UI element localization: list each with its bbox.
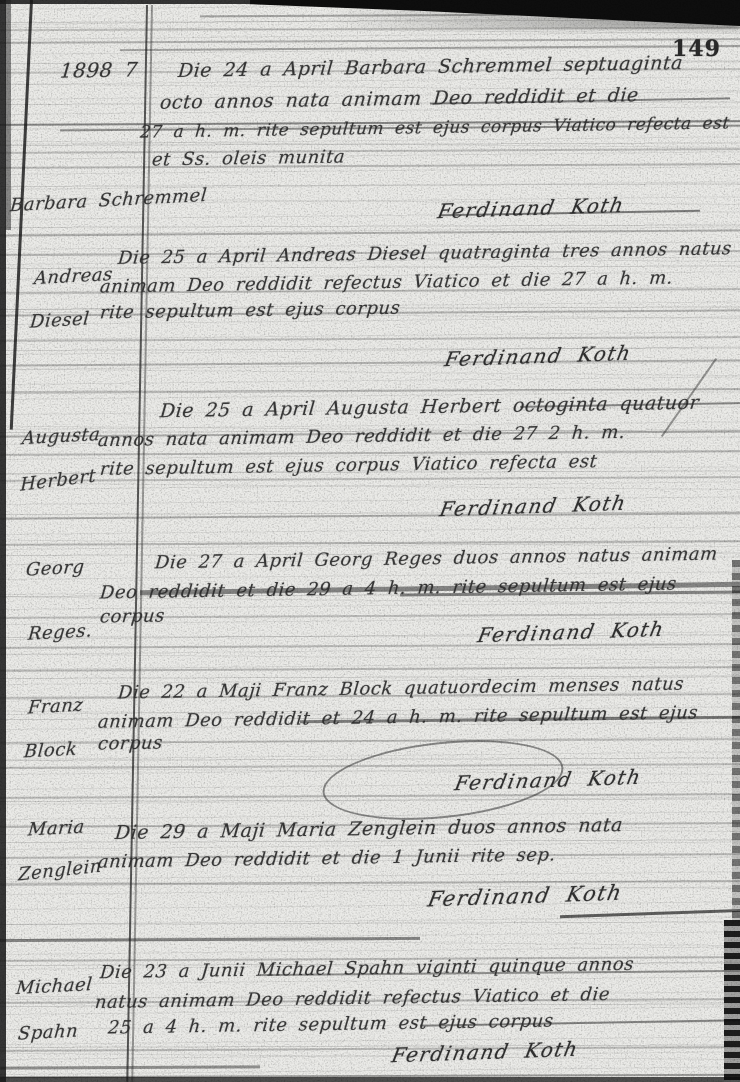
scan-line — [120, 45, 740, 51]
scan-line — [0, 229, 740, 236]
scan-line — [0, 937, 420, 942]
scan-line — [0, 666, 740, 671]
entry-7-signature: Ferdinand Koth — [390, 1037, 581, 1068]
entry-1-line-1: Die 24 a April Barbara Schremmel septuag… — [177, 52, 684, 82]
entry-5-margin-surname: Block — [23, 739, 78, 763]
scanned-register-page: 149 1898 7 Die 24 a April Barbara Schrem… — [0, 0, 740, 1082]
entry-5-line-2: animam Deo reddidit et 24 a h. m. rite s… — [97, 702, 699, 732]
entry-5-line-1: Die 22 a Maji Franz Block quatuordecim m… — [117, 674, 685, 704]
scan-line — [0, 1074, 740, 1079]
bottom-edge-shadow — [0, 1077, 740, 1082]
year-annotation: 1898 7 — [59, 57, 139, 82]
scan-line — [0, 1065, 260, 1069]
entry-3-margin-surname: Herbert — [20, 465, 96, 496]
scan-noise-overlay — [0, 0, 740, 1082]
entry-3-line-3: rite sepultum est ejus corpus Viatico re… — [99, 451, 598, 480]
entry-1-margin-name: Barbara Schremmel — [9, 185, 208, 216]
entry-3-line-1: Die 25 a April Augusta Herbert octoginta… — [159, 392, 700, 423]
scan-line — [0, 643, 740, 648]
entry-3-margin-given-name: Augusta — [21, 424, 101, 449]
page-number: 149 — [672, 36, 721, 62]
entry-3-line-2: annos nata animam Deo reddidit et die 27… — [97, 422, 626, 451]
entry-4-margin-given-name: Georg — [25, 556, 85, 580]
entry-1-line-4: et Ss. oleis munita — [151, 146, 346, 170]
entry-1-line-3: 27 a h. m. rite sepultum est ejus corpus… — [139, 113, 730, 142]
left-edge-shadow — [0, 0, 6, 1082]
entry-5-line-3: corpus — [97, 732, 164, 754]
entry-7-line-2: natus animam Deo reddidit refectus Viati… — [94, 984, 611, 1013]
entry-2-signature: Ferdinand Koth — [443, 341, 634, 372]
bottom-right-edge-band — [724, 920, 740, 1082]
entry-5-margin-given-name: Franz — [27, 694, 84, 718]
entry-6-margin-given-name: Maria — [27, 816, 86, 840]
scan-line — [0, 38, 740, 43]
entry-3-signature: Ferdinand Koth — [438, 491, 629, 522]
entry-4-line-3: corpus — [99, 605, 166, 627]
entry-2-margin-given-name: Andreas — [33, 264, 114, 289]
column-rule-line — [126, 5, 147, 1082]
entry-6-signature: Ferdinand Koth — [426, 881, 625, 912]
entry-4-margin-surname: Reges. — [27, 620, 93, 644]
entry-4-signature: Ferdinand Koth — [476, 617, 667, 648]
scan-line — [0, 512, 740, 519]
entry-7-margin-given-name: Michael — [15, 974, 93, 999]
scan-line — [0, 880, 740, 885]
entry-7-line-1: Die 23 a Junii Michael Spahn viginti qui… — [99, 954, 635, 983]
scan-line — [0, 163, 740, 168]
top-right-noise-band — [330, 7, 740, 29]
entry-4-line-2: Deo reddidit et die 29 a 4 h. m. rite se… — [99, 573, 678, 603]
entry-2-line-3: rite sepultum est ejus corpus — [99, 298, 401, 324]
entry-2-line-1: Die 25 a April Andreas Diesel quatragint… — [117, 238, 733, 269]
entry-7-margin-surname: Spahn — [17, 1020, 79, 1044]
entry-4-line-1: Die 27 a April Georg Reges duos annos na… — [154, 544, 719, 574]
entry-6-margin-surname: Zenglein — [18, 856, 102, 886]
scan-line — [0, 148, 740, 153]
entry-6-line-2: animam Deo reddidit et die 1 Junii rite … — [97, 844, 557, 872]
entry-6-line-1: Die 29 a Maji Maria Zenglein duos annos … — [114, 814, 624, 844]
column-rule-line-double — [131, 5, 152, 1082]
scan-line — [560, 909, 740, 918]
scan-line — [0, 1046, 740, 1051]
entry-2-line-2: animam Deo reddidit refectus Viatico et … — [99, 267, 674, 297]
entry-2-margin-surname: Diesel — [29, 308, 90, 332]
entry-1-line-2: octo annos nata animam Deo reddidit et d… — [159, 84, 640, 114]
top-edge-shadow — [0, 0, 740, 4]
entry-1-signature: Ferdinand Koth — [436, 193, 627, 224]
right-edge-band — [732, 560, 740, 920]
entry-7-line-3: 25 a 4 h. m. rite sepultum est ejus corp… — [107, 1010, 554, 1038]
